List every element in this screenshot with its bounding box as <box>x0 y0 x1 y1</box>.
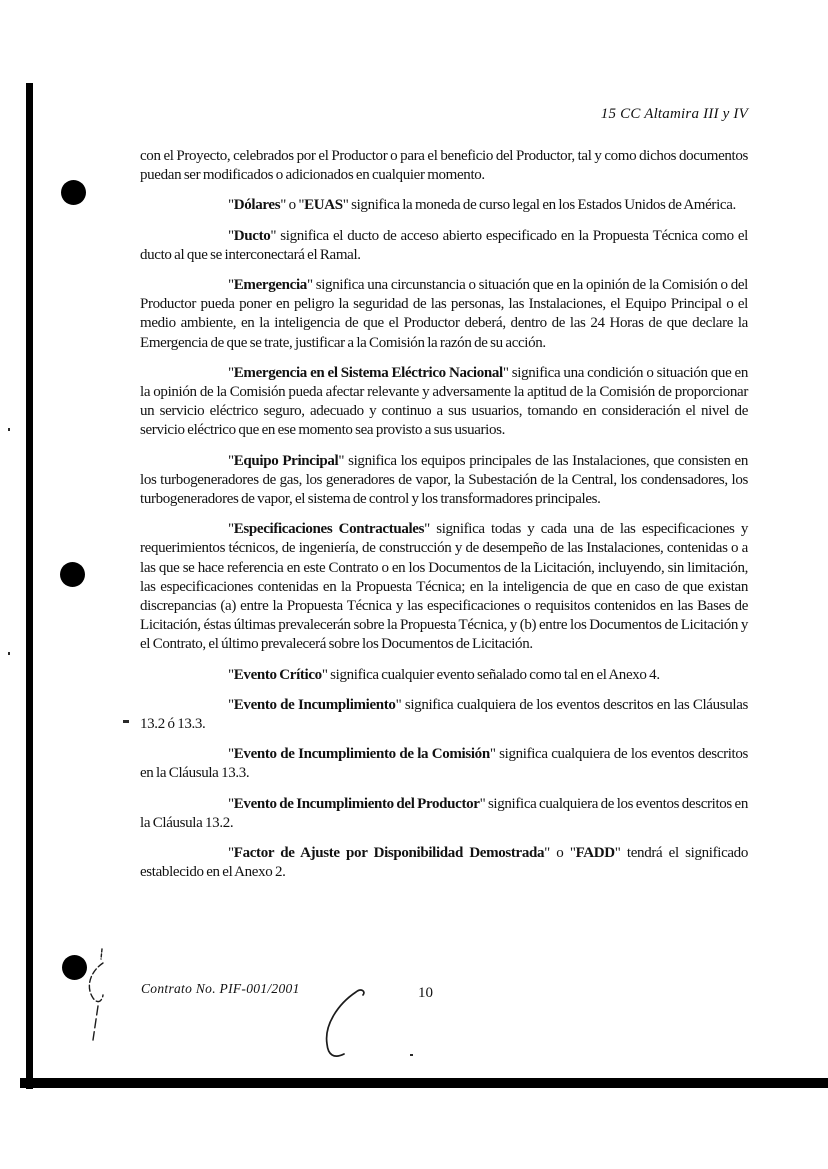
defined-term: Evento de Incumplimiento del Productor <box>234 796 480 812</box>
paragraph-text: " significa la moneda de curso legal en … <box>343 197 736 213</box>
paragraph-text: " significa todas y cada una de las espe… <box>140 521 748 652</box>
footer-contract-number: Contrato No. PIF-001/2001 <box>141 981 300 997</box>
scan-speck <box>8 652 10 655</box>
paragraph-text: con el Proyecto, celebrados por el Produ… <box>140 148 748 183</box>
defined-term: Dólares <box>234 197 280 213</box>
paragraph: "Evento de Incumplimiento" significa cua… <box>140 696 748 734</box>
scan-speck <box>8 428 10 431</box>
defined-term: Emergencia <box>234 277 307 293</box>
paragraph: "Factor de Ajuste por Disponibilidad Dem… <box>140 844 748 882</box>
defined-term: Evento de Incumplimiento <box>234 697 396 713</box>
paragraph: "Evento de Incumplimiento del Productor"… <box>140 795 748 833</box>
paragraph: "Emergencia" significa una circunstancia… <box>140 276 748 353</box>
bottom-edge-bar <box>20 1078 828 1088</box>
paragraph: "Evento de Incumplimiento de la Comisión… <box>140 745 748 783</box>
scanned-contract-page: 15 CC Altamira III y IV con el Proyecto,… <box>0 0 828 1169</box>
paragraph: "Dólares" o "EUAS" significa la moneda d… <box>140 196 748 215</box>
defined-term: Especificaciones Contractuales <box>234 521 424 537</box>
document-reference: 15 CC Altamira III y IV <box>140 106 748 123</box>
pen-stroke-c <box>315 983 375 1065</box>
paragraph: "Ducto" significa el ducto de acceso abi… <box>140 227 748 265</box>
defined-term: Factor de Ajuste por Disponibilidad Demo… <box>234 845 544 861</box>
paragraph-text: " o " <box>544 845 575 861</box>
scan-speck <box>410 1054 413 1056</box>
defined-term: Ducto <box>234 228 271 244</box>
defined-term: Equipo Principal <box>234 453 339 469</box>
defined-term: Evento de Incumplimiento de la Comisión <box>234 746 490 762</box>
punch-hole-middle <box>60 562 85 587</box>
defined-term: Emergencia en el Sistema Eléctrico Nacio… <box>234 365 503 381</box>
paragraph-text: " o " <box>280 197 304 213</box>
defined-term: Evento Crítico <box>234 667 322 683</box>
paragraph-container: con el Proyecto, celebrados por el Produ… <box>140 147 748 894</box>
page-number: 10 <box>418 985 433 1002</box>
paragraph: "Emergencia en el Sistema Eléctrico Naci… <box>140 364 748 441</box>
paragraph: "Evento Crítico" significa cualquier eve… <box>140 666 748 685</box>
scan-speck <box>123 720 129 723</box>
paragraph: con el Proyecto, celebrados por el Produ… <box>140 147 748 185</box>
paragraph-text: " significa cualquier evento señalado co… <box>322 667 660 683</box>
paragraph: "Equipo Principal" significa los equipos… <box>140 452 748 510</box>
defined-term: EUAS <box>304 197 343 213</box>
defined-term: FADD <box>576 845 615 861</box>
paragraph: "Especificaciones Contractuales" signifi… <box>140 520 748 654</box>
left-binding-bar <box>26 83 33 1089</box>
punch-hole-top <box>61 180 86 205</box>
pen-scribble <box>82 944 114 1044</box>
